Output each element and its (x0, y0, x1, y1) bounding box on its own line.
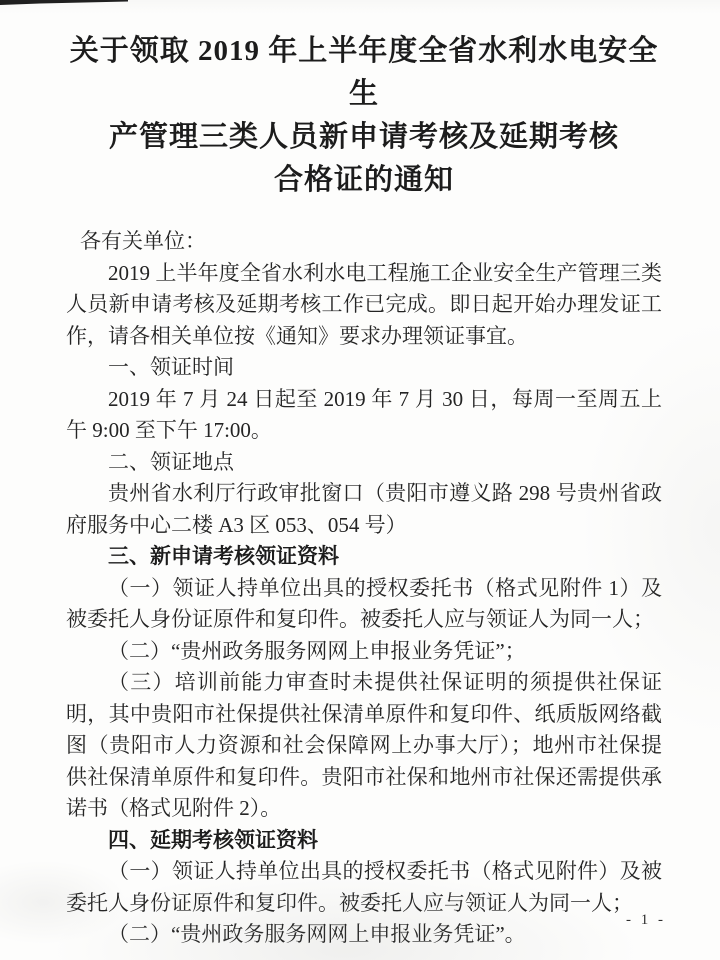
salutation: 各有关单位： (66, 226, 662, 258)
intro-paragraph: 2019 上半年度全省水利水电工程施工企业安全生产管理三类人员新申请考核及延期考… (66, 258, 662, 353)
section-3-paragraph-1: （一）领证人持单位出具的授权委托书（格式见附件 1）及被委托人身份证原件和复印件… (66, 573, 662, 636)
section-3-heading: 三、新申请考核领证资料 (66, 541, 662, 573)
section-1-paragraph: 2019 年 7 月 24 日起至 2019 年 7 月 30 日，每周一至周五… (66, 384, 662, 447)
section-3-paragraph-3: （三）培训前能力审查时未提供社保证明的须提供社保证明，其中贵阳市社保提供社保清单… (66, 667, 662, 825)
title-line-1: 关于领取 2019 年上半年度全省水利水电安全生 (66, 30, 662, 116)
document-content: 关于领取 2019 年上半年度全省水利水电安全生 产管理三类人员新申请考核及延期… (0, 0, 720, 951)
section-3-paragraph-2: （二）“贵州政务服务网网上申报业务凭证”； (66, 636, 662, 668)
section-2-paragraph: 贵州省水利厅行政审批窗口（贵阳市遵义路 298 号贵州省政府服务中心二楼 A3 … (66, 478, 662, 541)
document-title: 关于领取 2019 年上半年度全省水利水电安全生 产管理三类人员新申请考核及延期… (66, 30, 662, 202)
title-line-2: 产管理三类人员新申请考核及延期考核 (66, 116, 662, 159)
title-line-3: 合格证的通知 (66, 159, 662, 202)
section-4-paragraph-2: （二）“贵州政务服务网网上申报业务凭证”。 (66, 919, 662, 951)
scanned-document-page: 关于领取 2019 年上半年度全省水利水电安全生 产管理三类人员新申请考核及延期… (0, 0, 720, 960)
section-2-heading: 二、领证地点 (66, 447, 662, 479)
page-number: - 1 - (626, 912, 666, 929)
section-4-paragraph-1: （一）领证人持单位出具的授权委托书（格式见附件）及被委托人身份证原件和复印件。被… (66, 856, 662, 919)
section-1-heading: 一、领证时间 (66, 352, 662, 384)
section-4-heading: 四、延期考核领证资料 (66, 825, 662, 857)
